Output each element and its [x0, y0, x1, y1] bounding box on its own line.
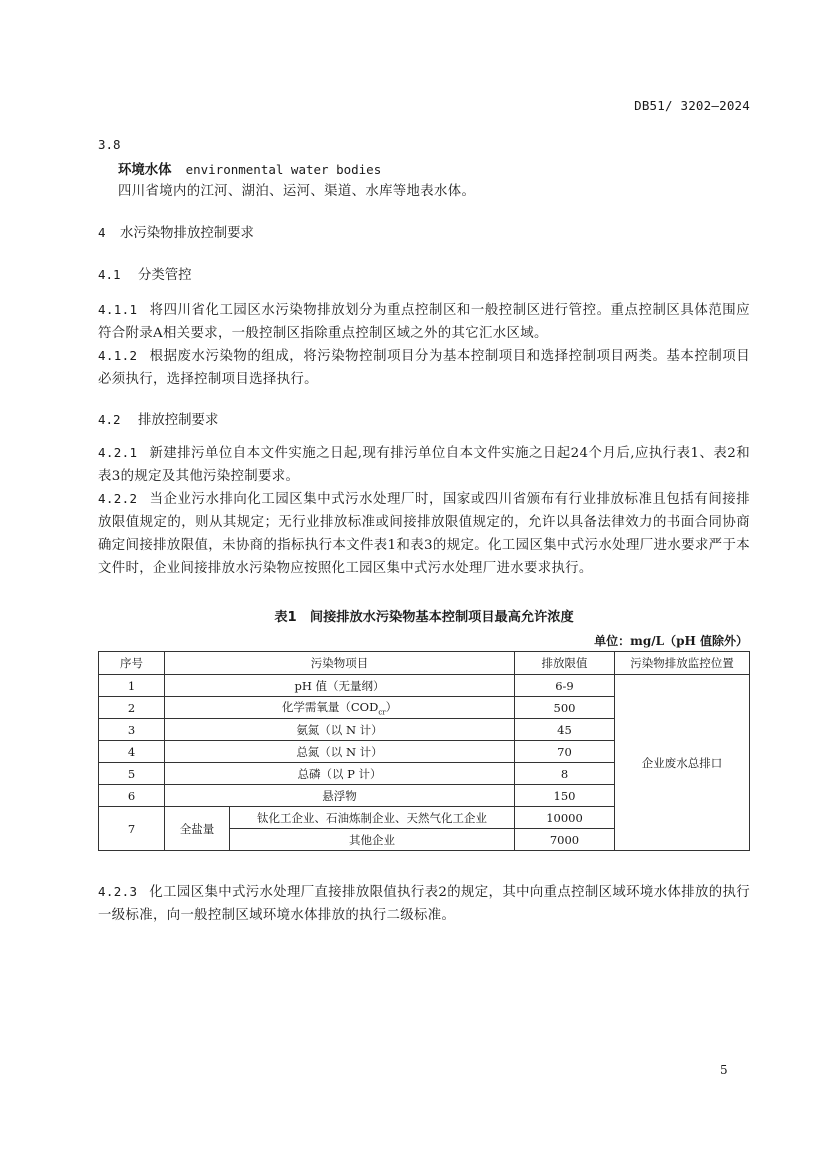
clause-text: 根据废水污染物的组成，将污染物控制项目分为基本控制项目和选择控制项目两类。基本控…	[98, 349, 750, 387]
clause-4-1-1: 4.1.1将四川省化工园区水污染物排放划分为重点控制区和一般控制区进行管控。重点…	[98, 298, 750, 345]
row-number: 2	[99, 697, 165, 719]
pollutant-item-subscript: cr	[378, 708, 385, 716]
enterprise-category: 其他企业	[230, 829, 515, 851]
term-heading: 环境水体environmental water bodies	[118, 159, 381, 178]
section-title: 排放控制要求	[138, 413, 218, 428]
row-number: 5	[99, 763, 165, 785]
clause-number: 4.2.1	[98, 445, 137, 460]
pollutant-item: 全盐量	[165, 807, 230, 851]
clause-number: 4.1.2	[98, 348, 137, 363]
row-number: 6	[99, 785, 165, 807]
table-unit-note: 单位：mg/L（pH 值除外）	[500, 632, 748, 649]
limit-value: 7000	[515, 829, 615, 851]
clause-4-1-2: 4.1.2根据废水污染物的组成，将污染物控制项目分为基本控制项目和选择控制项目两…	[98, 344, 750, 391]
header-cell: 排放限值	[515, 652, 615, 675]
section-number: 4.2	[98, 412, 138, 427]
pollutant-item: 氨氮（以 N 计）	[165, 719, 515, 741]
document-code: DB51/ 3202—2024	[560, 98, 750, 113]
row-number: 3	[99, 719, 165, 741]
clause-4-2-2: 4.2.2当企业污水排向化工园区集中式污水处理厂时，国家或四川省颁布有行业排放标…	[98, 487, 750, 580]
pollutant-item: 悬浮物	[165, 785, 515, 807]
clause-number: 4.1.1	[98, 302, 137, 317]
section-4-2-heading: 4.2排放控制要求	[98, 409, 218, 428]
row-number: 1	[99, 675, 165, 697]
clause-4-2-1: 4.2.1新建排污单位自本文件实施之日起,现有排污单位自本文件实施之日起24个月…	[98, 441, 750, 488]
limit-value: 8	[515, 763, 615, 785]
table-row: 1 pH 值（无量纲） 6-9 企业废水总排口	[99, 675, 750, 697]
limit-value: 500	[515, 697, 615, 719]
pollutant-item-text: 化学需氧量（COD	[282, 700, 378, 714]
header-cell: 污染物排放监控位置	[615, 652, 750, 675]
section-number: 4	[98, 225, 120, 240]
pollutant-item-close: ）	[386, 700, 398, 714]
term-name-en: environmental water bodies	[186, 162, 382, 177]
term-number: 3.8	[98, 137, 121, 152]
table-header-row: 序号 污染物项目 排放限值 污染物排放监控位置	[99, 652, 750, 675]
limit-value: 10000	[515, 807, 615, 829]
enterprise-category: 钛化工企业、石油炼制企业、天然气化工企业	[230, 807, 515, 829]
clause-4-2-3: 4.2.3化工园区集中式污水处理厂直接排放限值执行表2的规定，其中向重点控制区域…	[98, 880, 750, 927]
table-caption: 表1 间接排放水污染物基本控制项目最高允许浓度	[98, 606, 750, 625]
row-number: 7	[99, 807, 165, 851]
pollutant-item: pH 值（无量纲）	[165, 675, 515, 697]
monitor-location: 企业废水总排口	[615, 675, 750, 851]
pollutant-item: 总磷（以 P 计）	[165, 763, 515, 785]
section-title: 水污染物排放控制要求	[120, 226, 254, 241]
pollutant-item: 总氮（以 N 计）	[165, 741, 515, 763]
limit-value: 45	[515, 719, 615, 741]
pollutant-limits-table: 序号 污染物项目 排放限值 污染物排放监控位置 1 pH 值（无量纲） 6-9 …	[98, 651, 750, 851]
limit-value: 6-9	[515, 675, 615, 697]
limit-value: 70	[515, 741, 615, 763]
clause-text: 化工园区集中式污水处理厂直接排放限值执行表2的规定，其中向重点控制区域环境水体排…	[98, 885, 750, 923]
row-number: 4	[99, 741, 165, 763]
term-name-zh: 环境水体	[118, 163, 172, 178]
section-title: 分类管控	[138, 268, 192, 283]
pollutant-item: 化学需氧量（CODcr）	[165, 697, 515, 719]
section-4-heading: 4水污染物排放控制要求	[98, 222, 254, 241]
section-number: 4.1	[98, 267, 138, 282]
section-4-1-heading: 4.1分类管控	[98, 264, 192, 283]
header-cell: 污染物项目	[165, 652, 515, 675]
clause-number: 4.2.3	[98, 884, 137, 899]
clause-number: 4.2.2	[98, 491, 137, 506]
term-definition: 四川省境内的江河、湖泊、运河、渠道、水库等地表水体。	[118, 180, 475, 199]
clause-text: 当企业污水排向化工园区集中式污水处理厂时，国家或四川省颁布有行业排放标准且包括有…	[98, 492, 750, 576]
clause-text: 将四川省化工园区水污染物排放划分为重点控制区和一般控制区进行管控。重点控制区具体…	[98, 303, 750, 341]
header-cell: 序号	[99, 652, 165, 675]
clause-text: 新建排污单位自本文件实施之日起,现有排污单位自本文件实施之日起24个月后,应执行…	[98, 446, 750, 484]
limit-value: 150	[515, 785, 615, 807]
page-number: 5	[720, 1063, 728, 1077]
